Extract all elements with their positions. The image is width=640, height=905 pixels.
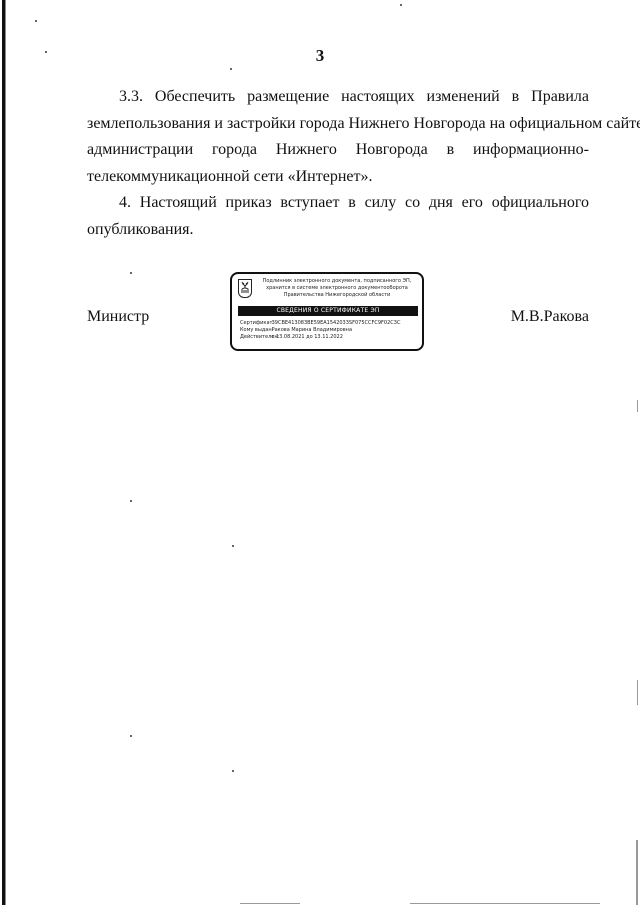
signatory-name: М.В.Ракова [511, 308, 589, 326]
text-line: землепользования и застройки города Нижн… [87, 111, 589, 138]
speck [35, 20, 37, 22]
scan-mark [410, 903, 600, 904]
validity-value: с 13.08.2021 до 13.11.2022 [272, 334, 343, 340]
issued-to-key: Кому выдан: [240, 327, 270, 334]
stamp-header-line: Подлинник электронного документа, подпис… [256, 278, 418, 285]
speck [130, 500, 132, 502]
stamp-header: Подлинник электронного документа, подпис… [256, 278, 418, 299]
scan-mark [240, 903, 300, 904]
validity-key: Действителен: [240, 334, 270, 341]
scan-mark [637, 680, 638, 705]
page-number: 3 [0, 46, 640, 66]
text-line: опубликования. [87, 217, 589, 244]
electronic-signature-stamp: Подлинник электронного документа, подпис… [230, 272, 424, 351]
deer-emblem-icon [238, 279, 252, 298]
scan-mark [637, 400, 638, 412]
speck [232, 770, 234, 772]
stamp-header-line: Правительства Нижегородской области [256, 292, 418, 299]
scan-edge-left-inner [5, 0, 6, 905]
text-line: 3.3. Обеспечить размещение настоящих изм… [87, 84, 589, 111]
certificate-info-band: СВЕДЕНИЯ О СЕРТИФИКАТЕ ЭП [238, 306, 418, 316]
certificate-key: Сертификат: [240, 320, 270, 327]
speck [232, 545, 234, 547]
issued-to-row: Кому выдан: Ракова Марина Владимировна [240, 327, 418, 334]
stamp-header-line: хранится в системе электронного документ… [256, 285, 418, 292]
paragraph-3-3: 3.3. Обеспечить размещение настоящих изм… [87, 84, 589, 190]
speck [130, 272, 132, 274]
document-body: 3.3. Обеспечить размещение настоящих изм… [87, 84, 589, 243]
paragraph-4: 4. Настоящий приказ вступает в силу со д… [87, 190, 589, 243]
scan-mark [636, 840, 638, 905]
signatory-title: Министр [87, 308, 149, 326]
text-line: администрации города Нижнего Новгорода в… [87, 137, 589, 164]
certificate-row: Сертификат: 39CBE413083BE59EA1542033SF07… [240, 320, 418, 327]
text-line: телекоммуникационной сети «Интернет». [87, 164, 589, 191]
validity-row: Действителен: с 13.08.2021 до 13.11.2022 [240, 334, 418, 341]
issued-to-value: Ракова Марина Владимировна [272, 327, 352, 333]
text-line: 4. Настоящий приказ вступает в силу со д… [87, 190, 589, 217]
certificate-value: 39CBE413083BE59EA1542033SF075CCFC9F02C3C [272, 320, 401, 326]
speck [230, 68, 232, 70]
speck [130, 735, 132, 737]
certificate-details: Сертификат: 39CBE413083BE59EA1542033SF07… [240, 320, 418, 341]
speck [400, 4, 402, 6]
